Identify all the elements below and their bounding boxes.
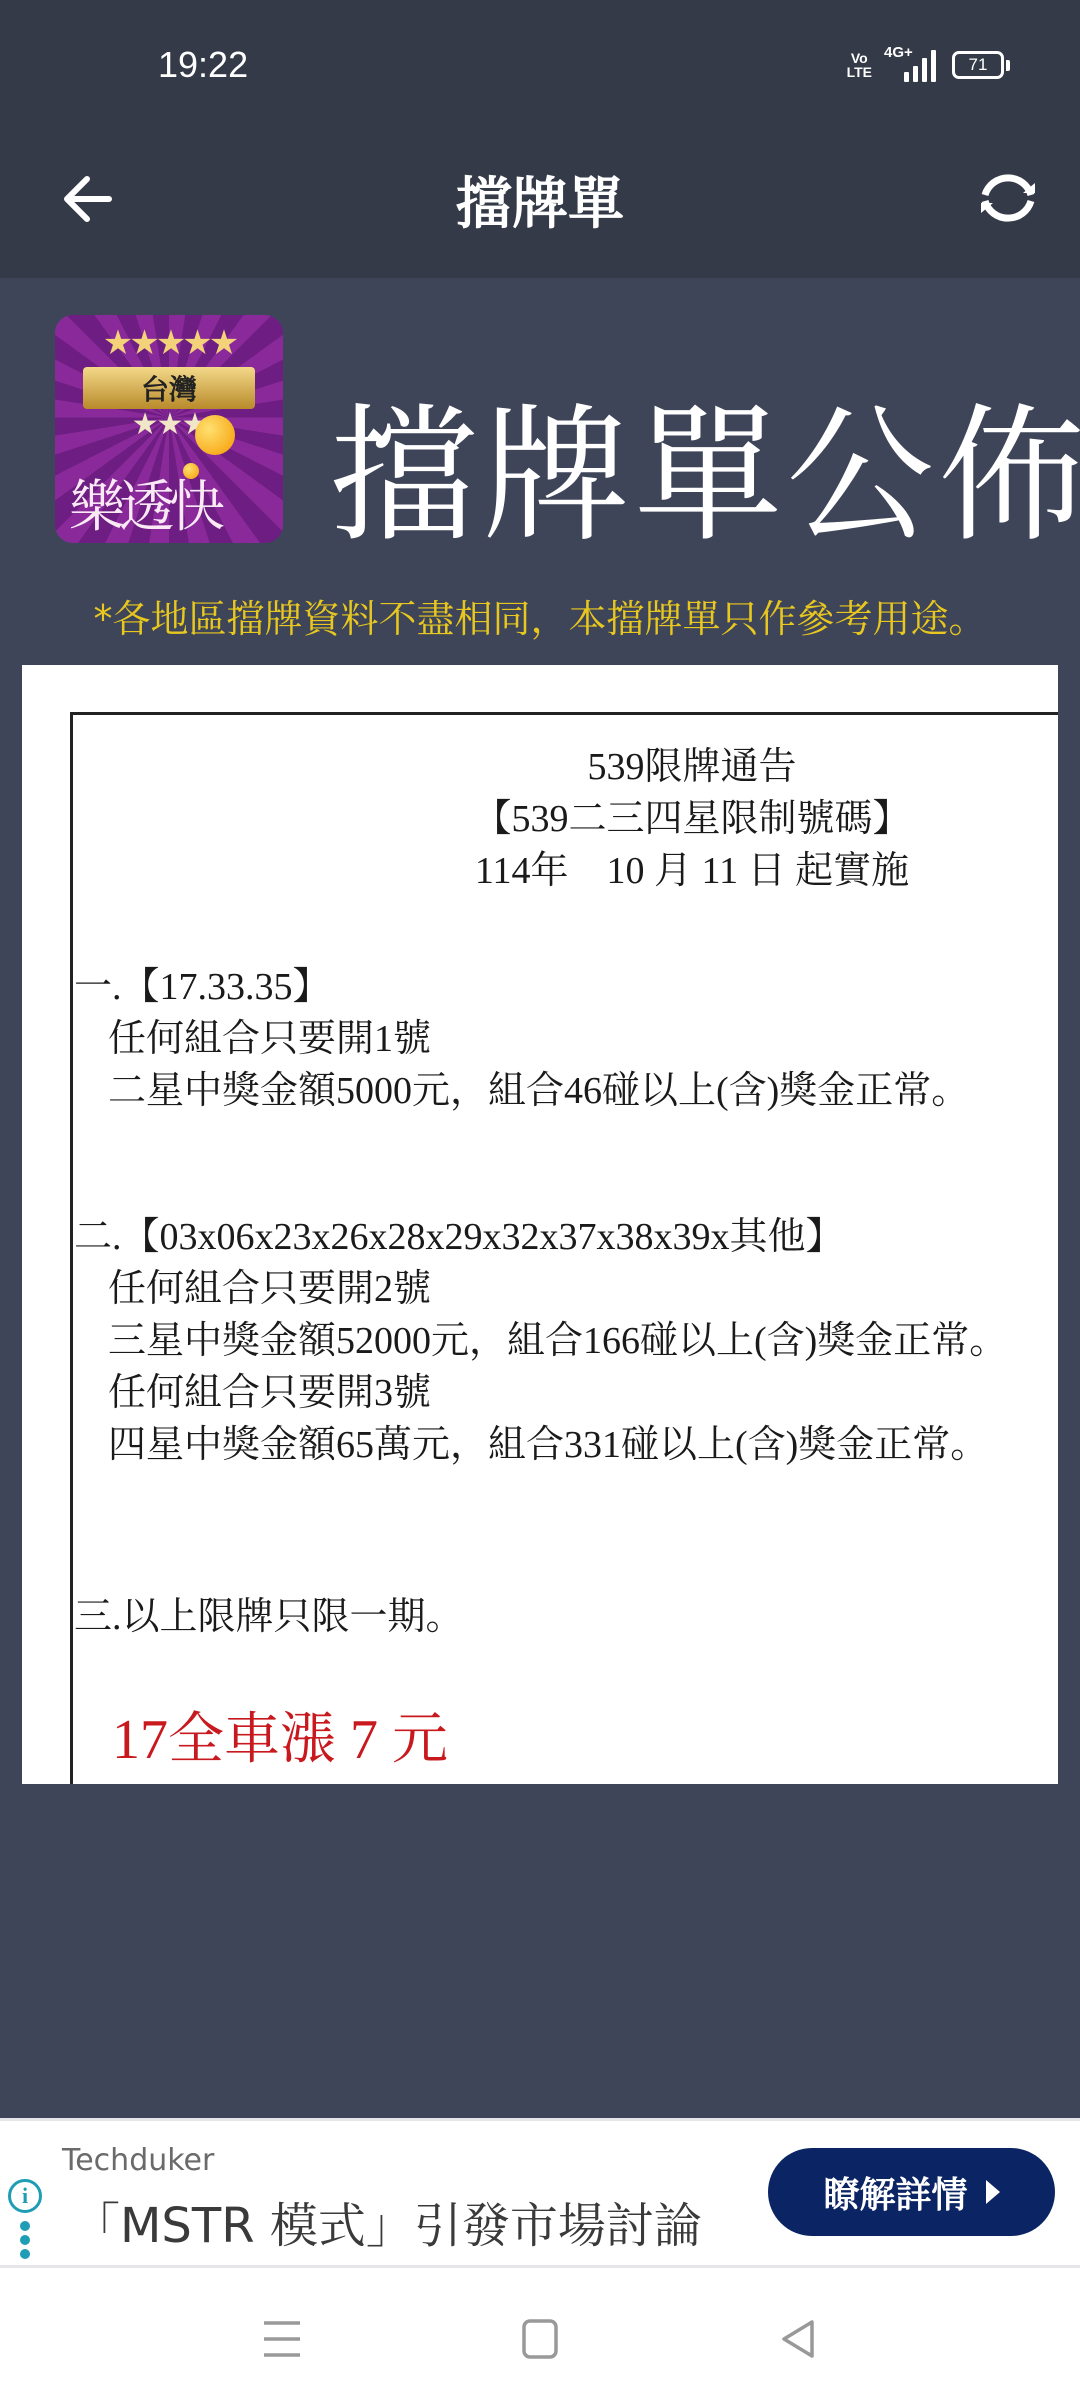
- status-icons: Vo LTE 4G+ 71: [847, 48, 1010, 82]
- refresh-icon: [973, 163, 1043, 233]
- document-effective-date: 114年 10 月 11 日 起實施: [362, 839, 1022, 894]
- volte-icon: Vo LTE: [847, 51, 872, 79]
- ad-cta-label: 瞭解詳情: [823, 2167, 967, 2218]
- section-line: 二星中獎金額5000元，組合46碰以上(含)獎金正常。: [108, 1059, 969, 1114]
- network-type-label: 4G+: [884, 44, 913, 61]
- section-line: 任何組合只要開3號: [108, 1361, 431, 1416]
- logo-ribbon: 台灣: [83, 367, 255, 409]
- ad-banner[interactable]: i Techduker 「MSTR 模式」引發市場討論 瞭解詳情: [0, 2118, 1080, 2268]
- app-logo: ★★★★★ 台灣 ★★★ 樂透快: [55, 315, 283, 543]
- section-title: 三.以上限牌只限一期。: [74, 1585, 464, 1640]
- signal-icon: 4G+: [886, 48, 938, 82]
- notice-document: 539限牌通告 【539二三四星限制號碼】 114年 10 月 11 日 起實施…: [22, 665, 1058, 1784]
- app-bar: 擋牌單: [0, 130, 1080, 278]
- refresh-button[interactable]: [965, 155, 1050, 240]
- signal-bar: [931, 50, 936, 82]
- ad-cta-button[interactable]: 瞭解詳情: [768, 2148, 1055, 2236]
- volte-bottom-label: LTE: [847, 65, 872, 79]
- section-line: 任何組合只要開2號: [108, 1257, 431, 1312]
- home-icon: [520, 2318, 560, 2360]
- section-line: 任何組合只要開1號: [108, 1007, 431, 1062]
- disclaimer-text: *各地區擋牌資料不盡相同，本擋牌單只作參考用途。: [0, 588, 1080, 643]
- info-icon[interactable]: i: [8, 2179, 42, 2213]
- signal-bar: [913, 66, 918, 82]
- system-nav-bar: [0, 2268, 1080, 2400]
- stars-decoration: ★★★★★: [55, 323, 283, 363]
- ad-advertiser: Techduker: [62, 2143, 214, 2178]
- back-triangle-icon: [778, 2318, 818, 2360]
- banner-title: 擋牌單公佈: [330, 358, 1080, 570]
- status-bar: 19:22 Vo LTE 4G+ 71: [0, 0, 1080, 130]
- play-arrow-icon: [986, 2180, 1000, 2204]
- back-nav-button[interactable]: [758, 2304, 838, 2374]
- status-time: 19:22: [158, 44, 248, 86]
- battery-level: 71: [952, 51, 1004, 79]
- lottery-ball-icon: [195, 415, 235, 455]
- signal-bar: [904, 72, 909, 82]
- ad-headline[interactable]: 「MSTR 模式」引發市場討論: [72, 2187, 702, 2256]
- battery-icon: 71: [952, 51, 1010, 79]
- price-increase-note: 17全車漲 7 元: [112, 1695, 448, 1775]
- page-title: 擋牌單: [0, 160, 1080, 240]
- menu-icon: [262, 2319, 302, 2359]
- section-line: 三星中獎金額52000元，組合166碰以上(含)獎金正常。: [108, 1309, 1007, 1364]
- more-options-icon[interactable]: [20, 2221, 30, 2259]
- logo-brand-text: 樂透快: [69, 463, 219, 543]
- document-subtitle: 【539二三四星限制號碼】: [362, 787, 1022, 842]
- section-title: 一.【17.33.35】: [74, 955, 331, 1010]
- battery-tip: [1006, 60, 1010, 71]
- banner: ★★★★★ 台灣 ★★★ 樂透快 擋牌單公佈 *各地區擋牌資料不盡相同，本擋牌單…: [0, 278, 1080, 658]
- home-button[interactable]: [500, 2304, 580, 2374]
- section-line: 四星中獎金額65萬元，組合331碰以上(含)獎金正常。: [108, 1413, 988, 1468]
- volte-top-label: Vo: [847, 51, 872, 65]
- recent-apps-button[interactable]: [242, 2304, 322, 2374]
- section-title: 二.【03x06x23x26x28x29x32x37x38x39x其他】: [74, 1205, 844, 1260]
- document-title: 539限牌通告: [362, 735, 1022, 790]
- stars-decoration: ★★★: [55, 407, 283, 442]
- signal-bar: [922, 58, 927, 82]
